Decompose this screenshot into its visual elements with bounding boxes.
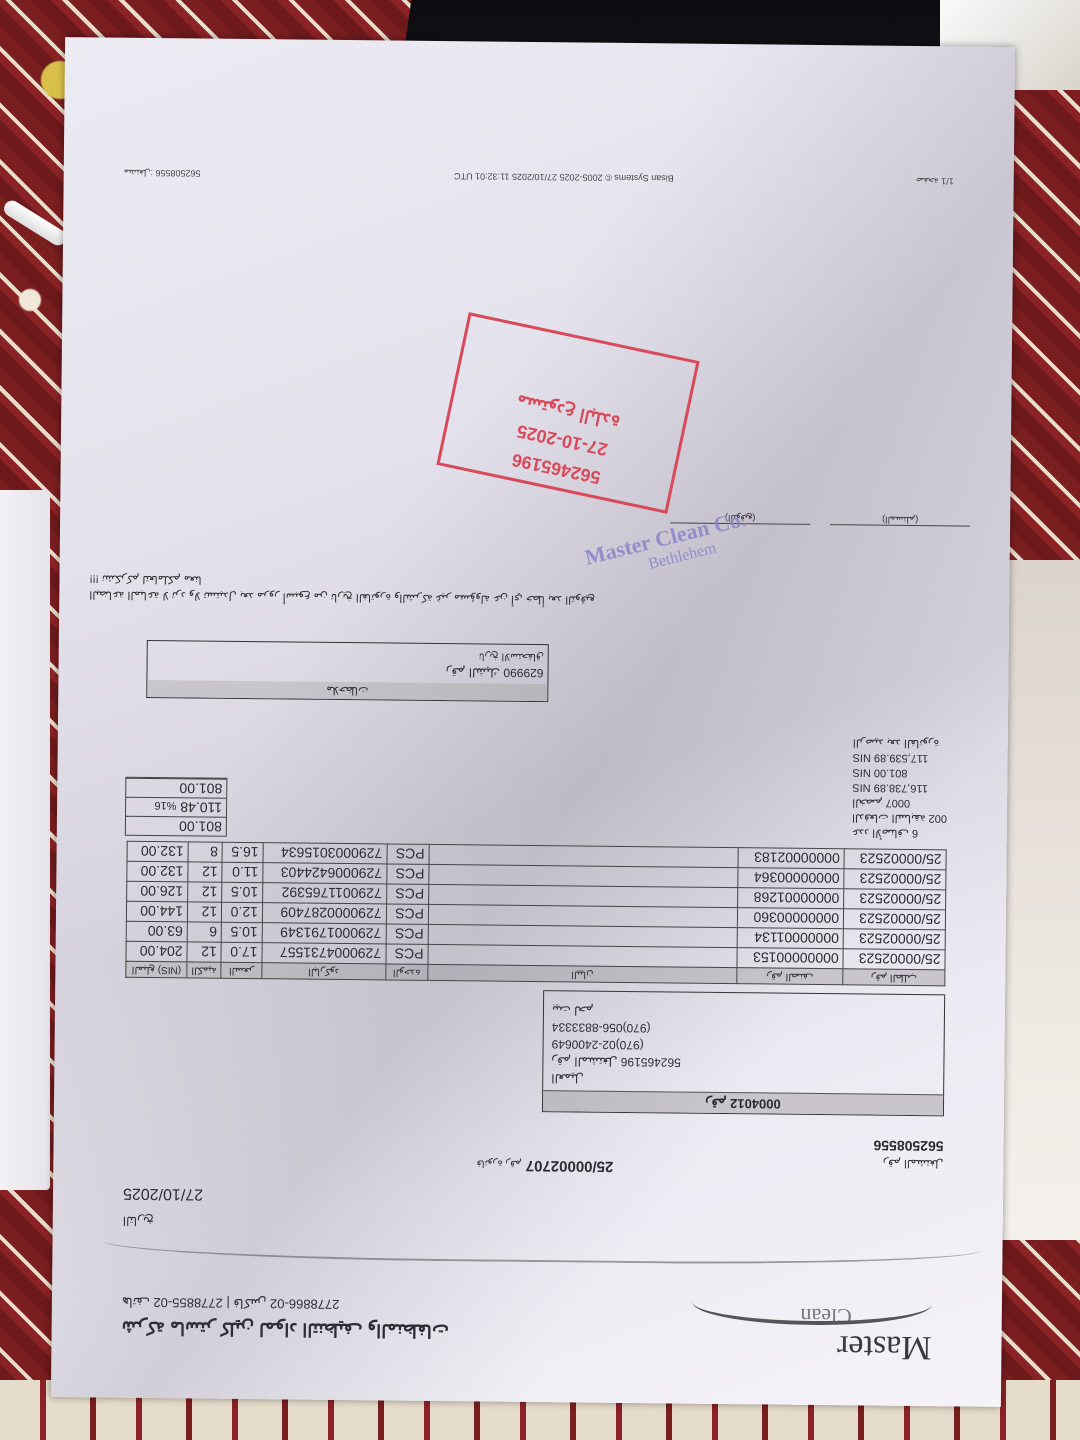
cell-qty: 12	[188, 862, 222, 882]
company-phones: هاتف 02-2778855 | فاكس 02-2778866	[122, 1294, 340, 1312]
cell-description	[428, 904, 737, 927]
customer-id: 562508556	[873, 1138, 943, 1155]
cell-code: 00000000153	[737, 948, 843, 969]
cell-code: 00000001134	[737, 928, 843, 949]
col-description: البيان	[428, 964, 737, 983]
cell-description	[429, 864, 738, 887]
cell-barcode: 7290003015634	[263, 843, 387, 864]
cell-code: 00000000364	[738, 868, 844, 889]
invoice-number-value: 25/00002707	[526, 1157, 614, 1175]
cell-code: 00000001268	[738, 888, 844, 909]
cell-description	[429, 844, 738, 867]
cell-barcode: 7290011765392	[263, 883, 387, 904]
cell-price: 10.5	[221, 922, 262, 942]
cell-qty: 6	[187, 922, 221, 942]
footer-page: 1/1 صفحة	[916, 175, 954, 186]
invoice-date: 27/10/2025	[123, 1184, 203, 1203]
invoice-content: Master Clean شركة ماستر كلين لمواد التنظ…	[51, 37, 1015, 1407]
company-logo: Master Clean	[701, 1274, 932, 1366]
cell-price: 12.0	[222, 902, 263, 922]
cell-ref: 25/00002523	[844, 849, 946, 870]
col-price: السعر	[221, 962, 262, 978]
cell-price: 17.0	[221, 942, 262, 962]
cell-ref: 25/00002523	[843, 929, 945, 950]
invoice-sheet: Master Clean شركة ماستر كلين لمواد التنظ…	[51, 37, 1015, 1407]
totals-line: 117,539.89 NIS	[853, 749, 948, 765]
totals-line: الرصيد بعد الفاتورة	[853, 734, 948, 750]
col-code: رقم الصنف	[737, 968, 843, 985]
cell-qty: 8	[188, 842, 222, 862]
cell-code: 00000000360	[737, 908, 843, 929]
cell-barcode: 7290000287409	[262, 903, 386, 924]
notes-box: ملاحظات 629990 رقم الشيك تاريخ الاستحقاق	[146, 640, 549, 702]
cell-barcode: 7290001791349	[262, 923, 386, 944]
customer-box: 0004012 رقم العميلرقم المشتغل 562465196(…	[542, 990, 945, 1116]
cell-code: 00000002183	[738, 848, 844, 869]
cell-qty: 12	[187, 942, 221, 962]
cell-barcode: 7290004731557	[262, 943, 386, 964]
cell-amount: 204.00	[126, 941, 187, 962]
cell-description	[429, 884, 738, 907]
customer-box-header: 0004012 رقم	[543, 1090, 943, 1115]
footer-system: Bisan Systems © 2005-2025 27/10/2025 11:…	[454, 171, 674, 183]
logo-main-text: Master	[837, 1328, 932, 1366]
col-barcode: الباركود	[262, 963, 386, 980]
cell-ref: 25/00002523	[844, 869, 946, 890]
customer-details: العميلرقم المشتغل 562465196(970)02-24006…	[543, 997, 944, 1094]
cell-unit: PCS	[386, 864, 429, 884]
cell-ref: 25/00002523	[843, 949, 945, 970]
cell-price: 10.5	[222, 882, 263, 902]
cell-price: 11.0	[222, 862, 263, 882]
summary-net: 801.00	[126, 816, 226, 836]
totals-line: 116,738.89 NIS	[852, 779, 947, 795]
cell-unit: PCS	[387, 844, 430, 864]
totals-block: 6 عدد الأصناف002 الدفعات السابقة0007 الخ…	[852, 734, 948, 840]
customer-id-label: رقم المشتغل	[883, 1157, 944, 1171]
cell-description	[428, 924, 737, 947]
cell-unit: PCS	[386, 924, 429, 944]
cell-unit: PCS	[386, 884, 429, 904]
totals-line: 801.00 NIS	[852, 764, 947, 780]
totals-line: 6 عدد الأصناف	[852, 824, 947, 840]
header-divider	[102, 1216, 982, 1267]
items-table: رقم الطلب رقم الصنف البيان الوحدة البارك…	[125, 841, 946, 987]
footer-id: 562508556 :مشتغل	[124, 167, 201, 179]
cell-unit: PCS	[386, 944, 429, 964]
cell-amount: 126.00	[127, 881, 188, 902]
cell-amount: 144.00	[126, 901, 187, 922]
col-qty: الكمية	[187, 962, 221, 978]
cell-qty: 12	[187, 902, 221, 922]
signature-line-receiver: (المستلم)	[830, 513, 970, 526]
cell-amount: 132.00	[127, 861, 188, 882]
invoice-number: 25/00002707 فاتورة رقم	[477, 1156, 614, 1174]
terms-text: البضاعة المباعة لا ترد ولا تستبدل بعد مر…	[89, 570, 969, 611]
cell-amount: 132.00	[127, 841, 188, 862]
cell-description	[428, 944, 737, 967]
cell-barcode: 7290006424403	[263, 863, 387, 884]
cell-amount: 63.00	[126, 921, 187, 942]
cell-ref: 25/00002523	[844, 909, 946, 930]
cell-ref: 25/00002523	[844, 889, 946, 910]
cell-price: 16.5	[222, 842, 263, 862]
summary-box: 801.00 110.48 %16 801.00	[125, 777, 228, 837]
date-label: التاريخ	[123, 1214, 154, 1228]
cell-qty: 12	[188, 882, 222, 902]
col-unit: الوحدة	[385, 964, 428, 980]
logo-swoosh-icon	[692, 1280, 932, 1327]
company-name: شركة ماستر كلين لمواد التنظيف والمنظفات	[122, 1317, 449, 1341]
totals-line: 0007 الخصم	[852, 794, 947, 810]
col-ref: رقم الطلب	[843, 969, 945, 986]
loose-paper-left	[0, 490, 50, 1190]
invoice-number-label: فاتورة رقم	[477, 1157, 522, 1168]
cell-unit: PCS	[386, 904, 429, 924]
totals-line: 002 الدفعات السابقة	[852, 809, 947, 825]
col-amount: (NIS) المبلغ	[126, 961, 187, 978]
summary-subtotal: 801.00	[126, 778, 226, 798]
summary-vat: 110.48 %16	[126, 797, 226, 817]
notes-line-1: 629990 رقم الشيك	[147, 658, 547, 684]
